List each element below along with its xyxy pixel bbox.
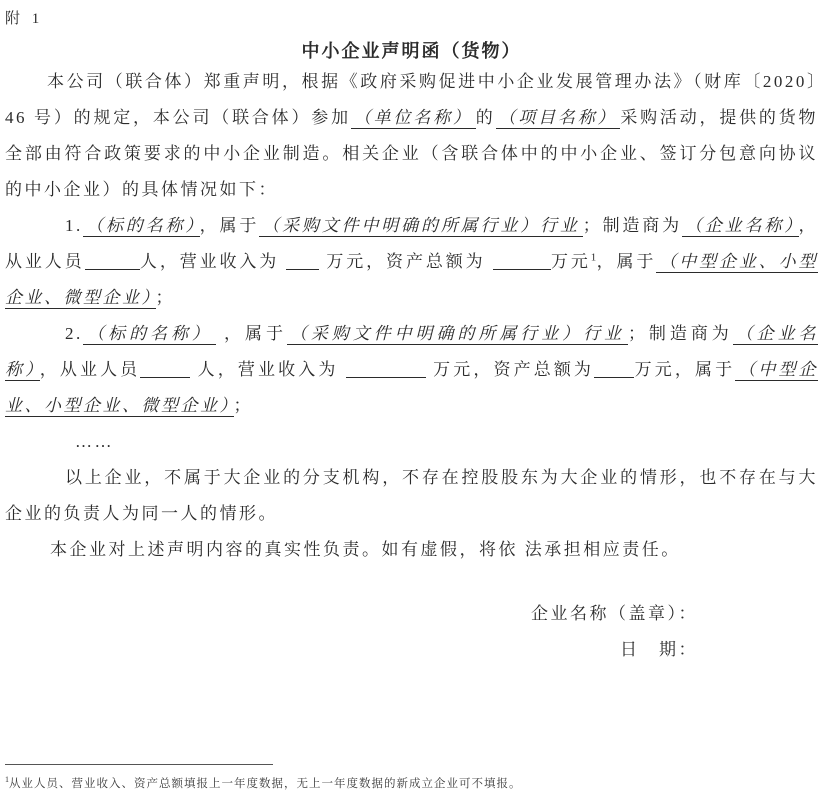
date-line: 日 期： xyxy=(5,632,698,668)
text-segment: 从业人员、营业收入、资产总额填报上一年度数据，无上一年度数据的新成立企业可不填报… xyxy=(9,778,522,790)
blank-fill-line xyxy=(140,363,190,378)
blank-fill-line xyxy=(85,255,140,270)
text-segment: 万元，资产总额为 xyxy=(426,360,594,379)
placeholder-text: （标的名称） xyxy=(83,216,200,237)
document-title: 中小企业声明函（货物） xyxy=(5,38,818,64)
company-seal-line: 企业名称（盖章）： xyxy=(5,596,698,632)
intro-paragraph: 本公司（联合体）郑重声明，根据《政府采购促进中小企业发展管理办法》（财库〔202… xyxy=(5,64,818,208)
text-segment: ，属于 xyxy=(200,216,260,235)
text-segment: 的 xyxy=(476,108,496,127)
ellipsis-line: …… xyxy=(5,424,818,460)
text-segment: ；制造商为 xyxy=(628,324,733,343)
text-segment: 人，营业收入为 xyxy=(190,360,346,379)
footnote-divider xyxy=(5,764,273,765)
text-segment: 人，营业收入为 xyxy=(140,252,287,271)
attachment-label: 附 1 xyxy=(5,8,818,30)
placeholder-text: （单位名称） xyxy=(351,108,476,129)
text-segment: 万元 xyxy=(551,252,591,271)
blank-fill-line xyxy=(493,255,551,270)
text-segment: ； xyxy=(156,288,176,307)
text-segment: 万元，资产总额为 xyxy=(319,252,492,271)
text-segment: 万元，属于 xyxy=(634,360,735,379)
text-segment: ；制造商为 xyxy=(583,216,682,235)
blank-fill-line xyxy=(594,363,634,378)
text-segment: ，属于 xyxy=(216,324,287,343)
placeholder-text: （采购文件中明确的所属行业）行业 xyxy=(259,216,583,237)
placeholder-text: （项目名称） xyxy=(496,108,621,129)
no-branch-paragraph: 以上企业，不属于大企业的分支机构，不存在控股股东为大企业的情形，也不存在与大企业… xyxy=(5,460,818,532)
placeholder-text: （标的名称） xyxy=(83,324,216,345)
text-segment: ； xyxy=(234,396,254,415)
signature-block: 企业名称（盖章）： 日 期： xyxy=(5,596,818,668)
responsibility-paragraph: 本企业对上述声明内容的真实性负责。如有虚假，将依 法承担相应责任。 xyxy=(5,532,818,568)
blank-fill-line xyxy=(286,255,319,270)
text-segment: 1. xyxy=(65,216,83,235)
placeholder-text: （企业名称） xyxy=(682,216,799,237)
text-segment: 2. xyxy=(65,324,83,343)
blank-fill-line xyxy=(346,363,426,378)
item-2-paragraph: 2.（标的名称） ，属于（采购文件中明确的所属行业）行业；制造商为（企业名称），… xyxy=(5,316,818,424)
text-segment: ，从业人员 xyxy=(40,360,141,379)
placeholder-text: （采购文件中明确的所属行业）行业 xyxy=(287,324,628,345)
text-segment: ，属于 xyxy=(596,252,656,271)
footnote-text: 1从业人员、营业收入、资产总额填报上一年度数据，无上一年度数据的新成立企业可不填… xyxy=(5,776,815,792)
document-page: 附 1 中小企业声明函（货物） 本公司（联合体）郑重声明，根据《政府采购促进中小… xyxy=(0,0,823,808)
item-1-paragraph: 1.（标的名称），属于（采购文件中明确的所属行业）行业；制造商为（企业名称），从… xyxy=(5,208,818,316)
